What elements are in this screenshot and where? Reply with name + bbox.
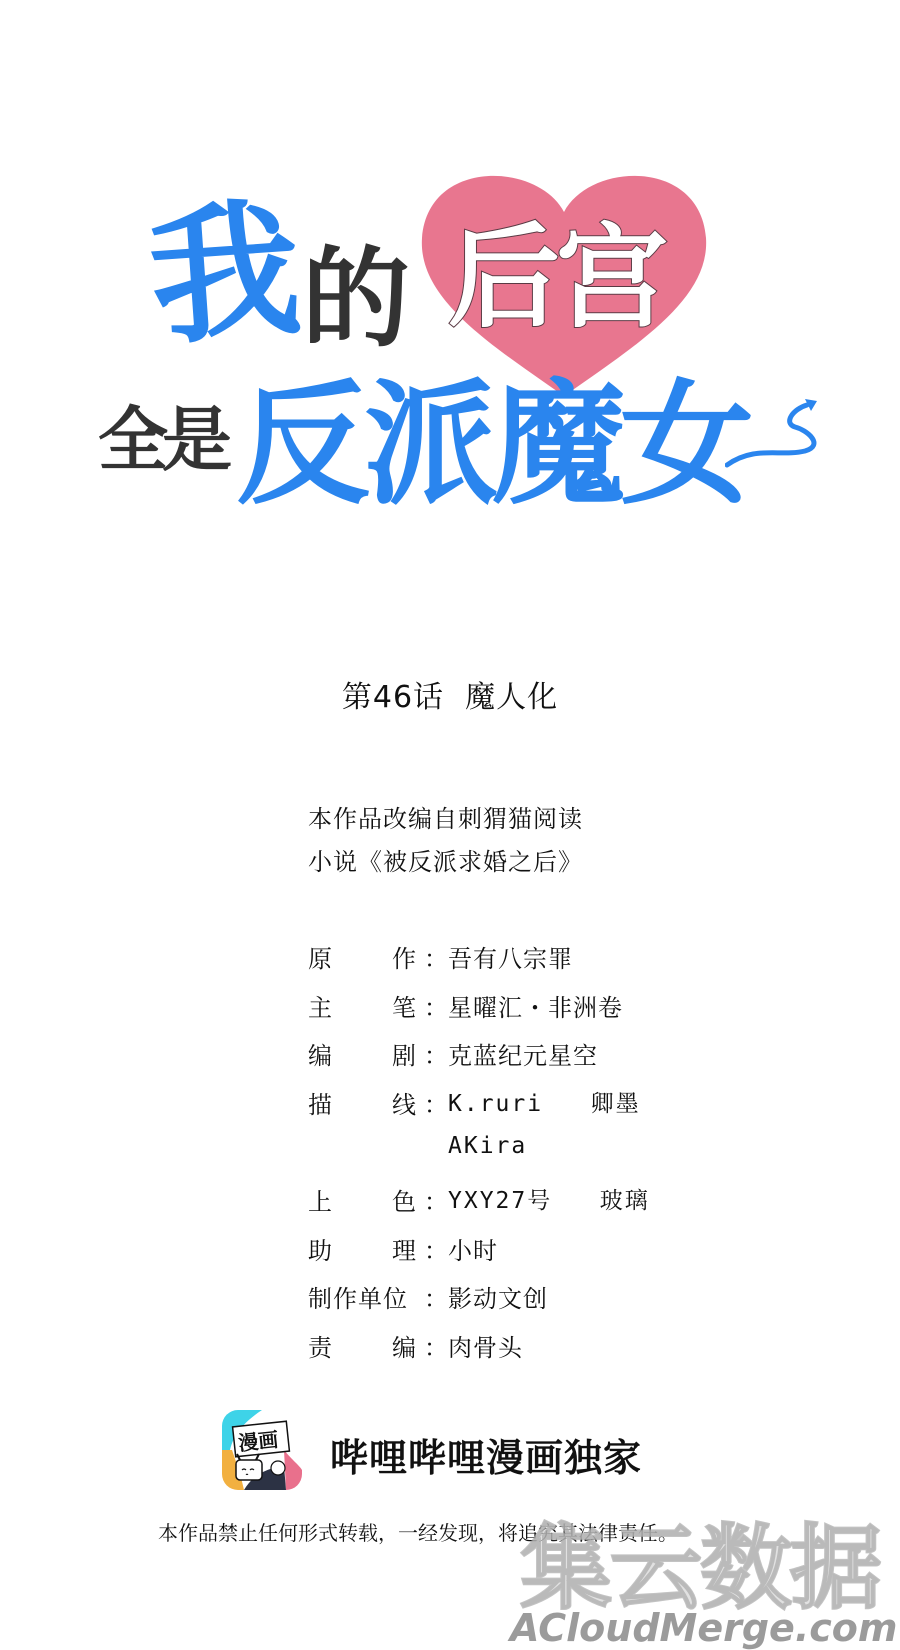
title-quanshi: 全是 [98, 405, 226, 475]
credit-value: YXY27号 玻璃 [448, 1182, 650, 1215]
credit-colon: ： [424, 1279, 448, 1314]
adaptation-line-1: 本作品改编自刺猬猫阅读 [308, 799, 583, 834]
credit-value: 影动文创 [448, 1279, 548, 1314]
credit-label-char: 描 [308, 1085, 332, 1120]
credit-value: AKira [448, 1133, 527, 1159]
credit-label-char: 原 [308, 939, 332, 974]
credit-colon: ： [424, 1231, 448, 1266]
credit-colon: ： [424, 1182, 448, 1217]
watermark-en: ACloudMerge.com [510, 1606, 897, 1650]
credit-label: 制作单位 [308, 1279, 428, 1314]
credit-label-char: 上 [308, 1182, 332, 1217]
title-char-de: 的 [302, 246, 410, 354]
title-heart-text: 后宫 [448, 222, 664, 334]
credit-label-char: 责 [308, 1328, 332, 1363]
credit-colon: ： [424, 939, 448, 974]
credit-label-char: 主 [308, 988, 332, 1023]
credit-value: 星曜汇・非洲卷 [448, 988, 623, 1023]
svg-text:漫画: 漫画 [237, 1427, 279, 1455]
bilibili-manga-app-icon: 漫画 [222, 1410, 302, 1490]
credit-colon: ： [424, 1036, 448, 1071]
credit-label-char: 编 [308, 1036, 332, 1071]
credit-value: 吾有八宗罪 [448, 939, 573, 974]
credit-label-char: 笔 [392, 988, 416, 1023]
title-char-wo: 我 [145, 195, 299, 355]
title-fanpai-monv: 反派魔女 [236, 378, 748, 512]
credit-label-char: 剧 [392, 1036, 416, 1071]
credit-label-char: 助 [308, 1231, 332, 1266]
credit-colon: ： [424, 988, 448, 1023]
credit-label-char: 线 [392, 1085, 416, 1120]
credit-value: 克蓝纪元星空 [448, 1036, 598, 1071]
credit-value: 肉骨头 [448, 1328, 523, 1363]
credit-colon: ： [424, 1085, 448, 1120]
devil-tail-icon [725, 395, 825, 475]
credit-label-char: 编 [392, 1328, 416, 1363]
credit-colon: ： [424, 1328, 448, 1363]
comic-title-logo: 我 的 后宫 全是 反派魔女 [0, 0, 900, 560]
credit-label-char: 理 [392, 1231, 416, 1266]
credit-value: 小时 [448, 1231, 498, 1266]
exclusive-publisher-text: 哔哩哔哩漫画独家 [330, 1427, 642, 1482]
credit-label-char: 作 [392, 939, 416, 974]
chapter-title: 第46话 魔人化 [0, 672, 900, 716]
adaptation-line-2: 小说《被反派求婚之后》 [308, 842, 583, 877]
credit-value: K.ruri 卿墨 [448, 1085, 641, 1118]
credit-label-char: 色 [392, 1182, 416, 1217]
